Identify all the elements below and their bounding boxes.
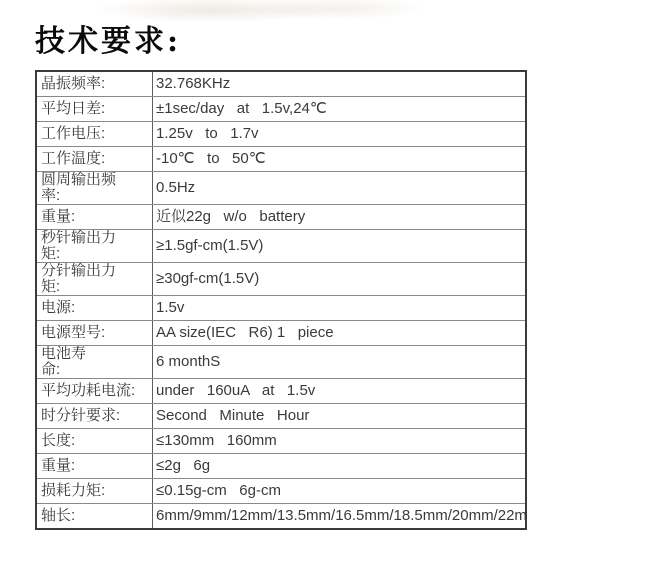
spec-label: 时分针要求: [36,404,153,429]
spec-label: 平均日差: [36,97,153,122]
spec-value: under 160uA at 1.5v [153,379,527,404]
spec-value: 近似22g w/o battery [153,205,527,230]
spec-table-body: 晶振频率:32.768KHz平均日差:±1sec/day at 1.5v,24℃… [36,71,526,529]
spec-value: 6 monthS [153,346,527,379]
spec-label: 电源: [36,296,153,321]
spec-label: 工作温度: [36,147,153,172]
table-row: 重量:≤2g 6g [36,454,526,479]
spec-value: Second Minute Hour [153,404,527,429]
spec-label: 轴长: [36,504,153,530]
spec-label: 长度: [36,429,153,454]
spec-label: 平均功耗电流: [36,379,153,404]
table-row: 工作电压:1.25v to 1.7v [36,122,526,147]
spec-label: 电池寿 命: [36,346,153,379]
spec-value: ≤0.15g-cm 6g-cm [153,479,527,504]
spec-value: 1.25v to 1.7v [153,122,527,147]
table-row: 圆周输出频 率:0.5Hz [36,172,526,205]
spec-label: 损耗力矩: [36,479,153,504]
table-row: 时分针要求:Second Minute Hour [36,404,526,429]
spec-value: ±1sec/day at 1.5v,24℃ [153,97,527,122]
spec-label: 晶振频率: [36,71,153,97]
table-row: 损耗力矩:≤0.15g-cm 6g-cm [36,479,526,504]
spec-label: 秒针输出力 矩: [36,230,153,263]
table-row: 轴长:6mm/9mm/12mm/13.5mm/16.5mm/18.5mm/20m… [36,504,526,530]
spec-value: 1.5v [153,296,527,321]
table-row: 工作温度:-10℃ to 50℃ [36,147,526,172]
table-row: 电源:1.5v [36,296,526,321]
spec-value: ≤130mm 160mm [153,429,527,454]
table-row: 秒针输出力 矩:≥1.5gf-cm(1.5V) [36,230,526,263]
watermark-smudge [90,0,440,24]
table-row: 分针输出力 矩:≥30gf-cm(1.5V) [36,263,526,296]
table-row: 平均日差:±1sec/day at 1.5v,24℃ [36,97,526,122]
page-title: 技术要求: [35,24,181,60]
spec-value: ≤2g 6g [153,454,527,479]
spec-value: ≥30gf-cm(1.5V) [153,263,527,296]
spec-value: ≥1.5gf-cm(1.5V) [153,230,527,263]
spec-label: 重量: [36,454,153,479]
table-row: 平均功耗电流:under 160uA at 1.5v [36,379,526,404]
table-row: 电池寿 命:6 monthS [36,346,526,379]
page: 技术要求: 晶振频率:32.768KHz平均日差:±1sec/day at 1.… [0,0,663,564]
spec-label: 分针输出力 矩: [36,263,153,296]
spec-label: 重量: [36,205,153,230]
table-row: 晶振频率:32.768KHz [36,71,526,97]
spec-table: 晶振频率:32.768KHz平均日差:±1sec/day at 1.5v,24℃… [35,70,527,530]
spec-value: 32.768KHz [153,71,527,97]
spec-label: 工作电压: [36,122,153,147]
spec-label: 圆周输出频 率: [36,172,153,205]
spec-value: 6mm/9mm/12mm/13.5mm/16.5mm/18.5mm/20mm/2… [153,504,527,530]
spec-label: 电源型号: [36,321,153,346]
spec-value: -10℃ to 50℃ [153,147,527,172]
table-row: 重量:近似22g w/o battery [36,205,526,230]
spec-value: 0.5Hz [153,172,527,205]
table-row: 电源型号:AA size(IEC R6) 1 piece [36,321,526,346]
spec-value: AA size(IEC R6) 1 piece [153,321,527,346]
table-row: 长度:≤130mm 160mm [36,429,526,454]
